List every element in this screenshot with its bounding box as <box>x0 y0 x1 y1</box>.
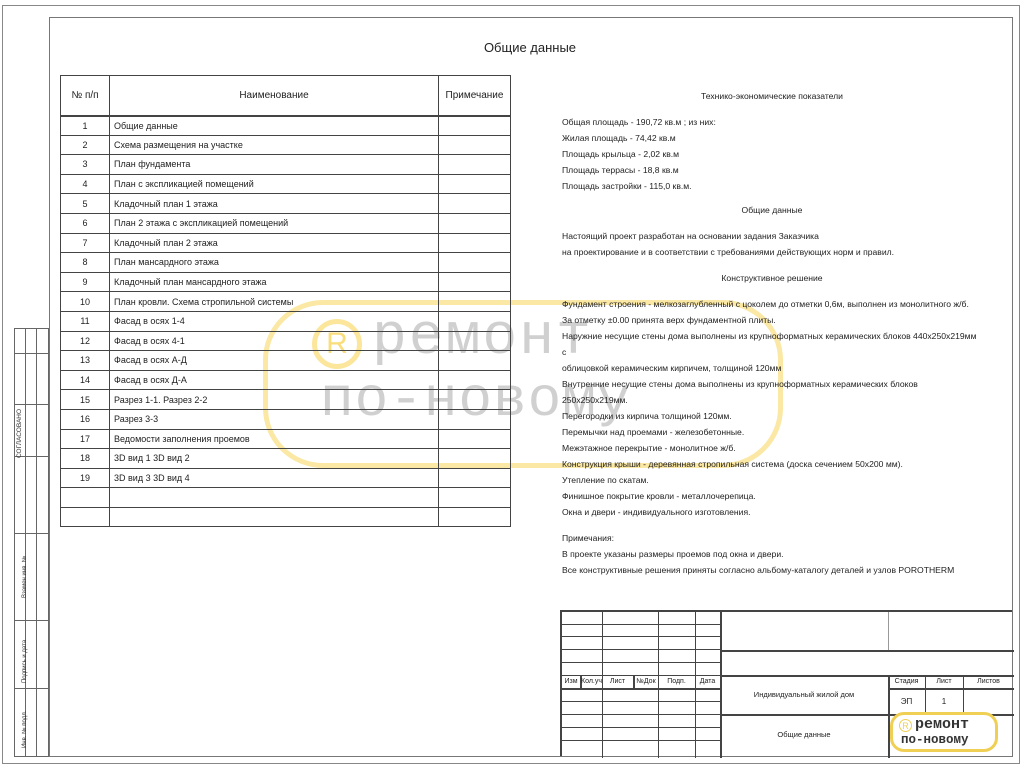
cell-name: Фасад в осях 1-4 <box>110 311 439 331</box>
cell-note <box>439 311 511 331</box>
logo-text-line2: по-новому <box>901 733 969 747</box>
cell-name: Фасад в осях А-Д <box>110 351 439 371</box>
replace-inv-label: Взамен инв. № <box>22 556 28 598</box>
cell-name: Ведомости заполнения проемов <box>110 429 439 449</box>
cell-note <box>439 351 511 371</box>
cell-name: План с экспликацией помещений <box>110 174 439 194</box>
cell-note <box>439 174 511 194</box>
side-approval-stamp: СОГЛАСОВАНО Взамен инв. № Подпись и дата… <box>14 328 49 757</box>
sheet-value: 1 <box>925 697 963 706</box>
cell-note <box>439 272 511 292</box>
col-label-change: Изм <box>562 678 580 685</box>
construct-list: Фундамент строения - мелкозаглубленный с… <box>562 296 982 520</box>
construct-line: Наружние несущие стены дома выполнены из… <box>562 328 982 360</box>
table-row: 15Разрез 1-1. Разрез 2-2 <box>61 390 511 410</box>
tep-list: Общая площадь - 190,72 кв.м ; из них:Жил… <box>562 114 982 194</box>
cell-note <box>439 468 511 488</box>
cell-note <box>439 507 511 527</box>
cell-name: 3D вид 3 3D вид 4 <box>110 468 439 488</box>
col-label-doc: №Док <box>634 678 658 685</box>
cell-num <box>61 507 110 527</box>
agreed-label: СОГЛАСОВАНО <box>16 409 23 458</box>
tep-line: Площадь крыльца - 2,02 кв.м <box>562 146 982 162</box>
project-name: Индивидуальный жилой дом <box>720 690 888 699</box>
cell-num: 4 <box>61 174 110 194</box>
cell-note <box>439 194 511 214</box>
remarks-heading: Примечания: <box>562 530 982 546</box>
table-row: 8План мансардного этажа <box>61 253 511 273</box>
table-row: 17Ведомости заполнения проемов <box>61 429 511 449</box>
cell-num: 12 <box>61 331 110 351</box>
contents-table: № п/п Наименование Примечание 1Общие дан… <box>60 75 511 527</box>
cell-name <box>110 507 439 527</box>
cell-num <box>61 488 110 508</box>
construct-line: Перемычки над проемами - железобетонные. <box>562 424 982 440</box>
inv-orig-label: Инв. № подл. <box>22 711 28 748</box>
registered-icon: R <box>899 719 912 732</box>
cell-name: Разрез 3-3 <box>110 409 439 429</box>
tep-line: Жилая площадь - 74,42 кв.м <box>562 130 982 146</box>
construct-line: Внутренние несущие стены дома выполнены … <box>562 376 982 408</box>
cell-note <box>439 292 511 312</box>
cell-name: Фасад в осях Д-А <box>110 370 439 390</box>
cell-name: План 2 этажа с экспликацией помещений <box>110 213 439 233</box>
company-logo: R ремонт по-новому <box>890 712 998 752</box>
header-note: Примечание <box>439 76 511 116</box>
cell-num: 13 <box>61 351 110 371</box>
header-name: Наименование <box>110 76 439 116</box>
cell-num: 3 <box>61 155 110 175</box>
sheets-label: Листов <box>963 678 1014 685</box>
col-label-qty: Кол.уч <box>581 678 602 685</box>
col-label-sheet: Лист <box>602 678 633 685</box>
table-row: 2Схема размещения на участке <box>61 135 511 155</box>
table-row: 6План 2 этажа с экспликацией помещений <box>61 213 511 233</box>
table-row: 4План с экспликацией помещений <box>61 174 511 194</box>
cell-name: Схема размещения на участке <box>110 135 439 155</box>
construct-line: облицовкой керамическим кирпичем, толщин… <box>562 360 982 376</box>
cell-note <box>439 135 511 155</box>
cell-num: 11 <box>61 311 110 331</box>
cell-note <box>439 449 511 469</box>
cell-num: 17 <box>61 429 110 449</box>
general-line: Настоящий проект разработан на основании… <box>562 228 982 244</box>
cell-note <box>439 409 511 429</box>
stage-value: ЭП <box>888 697 925 706</box>
table-row: 16Разрез 3-3 <box>61 409 511 429</box>
sheet-label: Лист <box>925 678 963 685</box>
logo-text-line1: ремонт <box>915 716 969 733</box>
remark-line: В проекте указаны размеры проемов под ок… <box>562 546 982 562</box>
table-row: 3План фундамента <box>61 155 511 175</box>
construct-line: Фундамент строения - мелкозаглубленный с… <box>562 296 982 312</box>
cell-note <box>439 213 511 233</box>
construct-line: Утепление по скатам. <box>562 472 982 488</box>
construct-line: Конструкция крыши - деревянная стропильн… <box>562 456 982 472</box>
cell-num: 15 <box>61 390 110 410</box>
tep-line: Площадь террасы - 18,8 кв.м <box>562 162 982 178</box>
cell-name: 3D вид 1 3D вид 2 <box>110 449 439 469</box>
cell-note <box>439 116 511 136</box>
table-row <box>61 507 511 527</box>
table-row: 9Кладочный план мансардного этажа <box>61 272 511 292</box>
cell-note <box>439 233 511 253</box>
cell-name: Кладочный план 1 этажа <box>110 194 439 214</box>
cell-num: 5 <box>61 194 110 214</box>
remark-line: Все конструктивные решения приняты согла… <box>562 562 982 578</box>
cell-name: План мансардного этажа <box>110 253 439 273</box>
cell-name: План фундамента <box>110 155 439 175</box>
table-row: 193D вид 3 3D вид 4 <box>61 468 511 488</box>
tep-line: Общая площадь - 190,72 кв.м ; из них: <box>562 114 982 130</box>
general-list: Настоящий проект разработан на основании… <box>562 228 982 260</box>
construct-line: Перегородки из кирпича толщиной 120мм. <box>562 408 982 424</box>
table-row: 12Фасад в осях 4-1 <box>61 331 511 351</box>
construct-line: Окна и двери - индивидуального изготовле… <box>562 504 982 520</box>
cell-name: Разрез 1-1. Разрез 2-2 <box>110 390 439 410</box>
cell-note <box>439 155 511 175</box>
explanatory-notes: Технико-экономические показатели Общая п… <box>562 88 982 578</box>
stage-label: Стадия <box>888 678 925 685</box>
sheet-name: Общие данные <box>720 730 888 739</box>
col-label-date: Дата <box>695 678 720 685</box>
general-line: на проектирование и в соответствии с тре… <box>562 244 982 260</box>
sign-date-label: Подпись и дата <box>22 640 28 683</box>
cell-note <box>439 488 511 508</box>
cell-num: 16 <box>61 409 110 429</box>
cell-name: Фасад в осях 4-1 <box>110 331 439 351</box>
cell-note <box>439 253 511 273</box>
cell-num: 18 <box>61 449 110 469</box>
cell-num: 8 <box>61 253 110 273</box>
cell-num: 1 <box>61 116 110 136</box>
table-row: 13Фасад в осях А-Д <box>61 351 511 371</box>
table-row: 14Фасад в осях Д-А <box>61 370 511 390</box>
page-title: Общие данные <box>440 40 620 55</box>
cell-note <box>439 331 511 351</box>
cell-name: Общие данные <box>110 116 439 136</box>
tep-line: Площадь застройки - 115,0 кв.м. <box>562 178 982 194</box>
cell-num: 7 <box>61 233 110 253</box>
table-row: 7Кладочный план 2 этажа <box>61 233 511 253</box>
cell-num: 2 <box>61 135 110 155</box>
table-row: 1Общие данные <box>61 116 511 136</box>
table-row: 5Кладочный план 1 этажа <box>61 194 511 214</box>
cell-num: 9 <box>61 272 110 292</box>
cell-num: 10 <box>61 292 110 312</box>
general-heading: Общие данные <box>562 202 982 218</box>
table-row <box>61 488 511 508</box>
table-row: 11Фасад в осях 1-4 <box>61 311 511 331</box>
tep-heading: Технико-экономические показатели <box>562 88 982 104</box>
cell-note <box>439 390 511 410</box>
cell-name: Кладочный план 2 этажа <box>110 233 439 253</box>
construct-line: За отметку ±0.00 принята верх фундаментн… <box>562 312 982 328</box>
cell-num: 19 <box>61 468 110 488</box>
cell-name: Кладочный план мансардного этажа <box>110 272 439 292</box>
cell-num: 14 <box>61 370 110 390</box>
remarks-list: В проекте указаны размеры проемов под ок… <box>562 546 982 578</box>
cell-note <box>439 370 511 390</box>
construct-line: Финишное покрытие кровли - металлочерепи… <box>562 488 982 504</box>
table-row: 183D вид 1 3D вид 2 <box>61 449 511 469</box>
construct-line: Межэтажное перекрытие - монолитное ж/б. <box>562 440 982 456</box>
cell-note <box>439 429 511 449</box>
cell-name: План кровли. Схема стропильной системы <box>110 292 439 312</box>
col-label-sign: Подп. <box>658 678 695 685</box>
cell-name <box>110 488 439 508</box>
header-number: № п/п <box>61 76 110 116</box>
construct-heading: Конструктивное решение <box>562 270 982 286</box>
cell-num: 6 <box>61 213 110 233</box>
table-row: 10План кровли. Схема стропильной системы <box>61 292 511 312</box>
